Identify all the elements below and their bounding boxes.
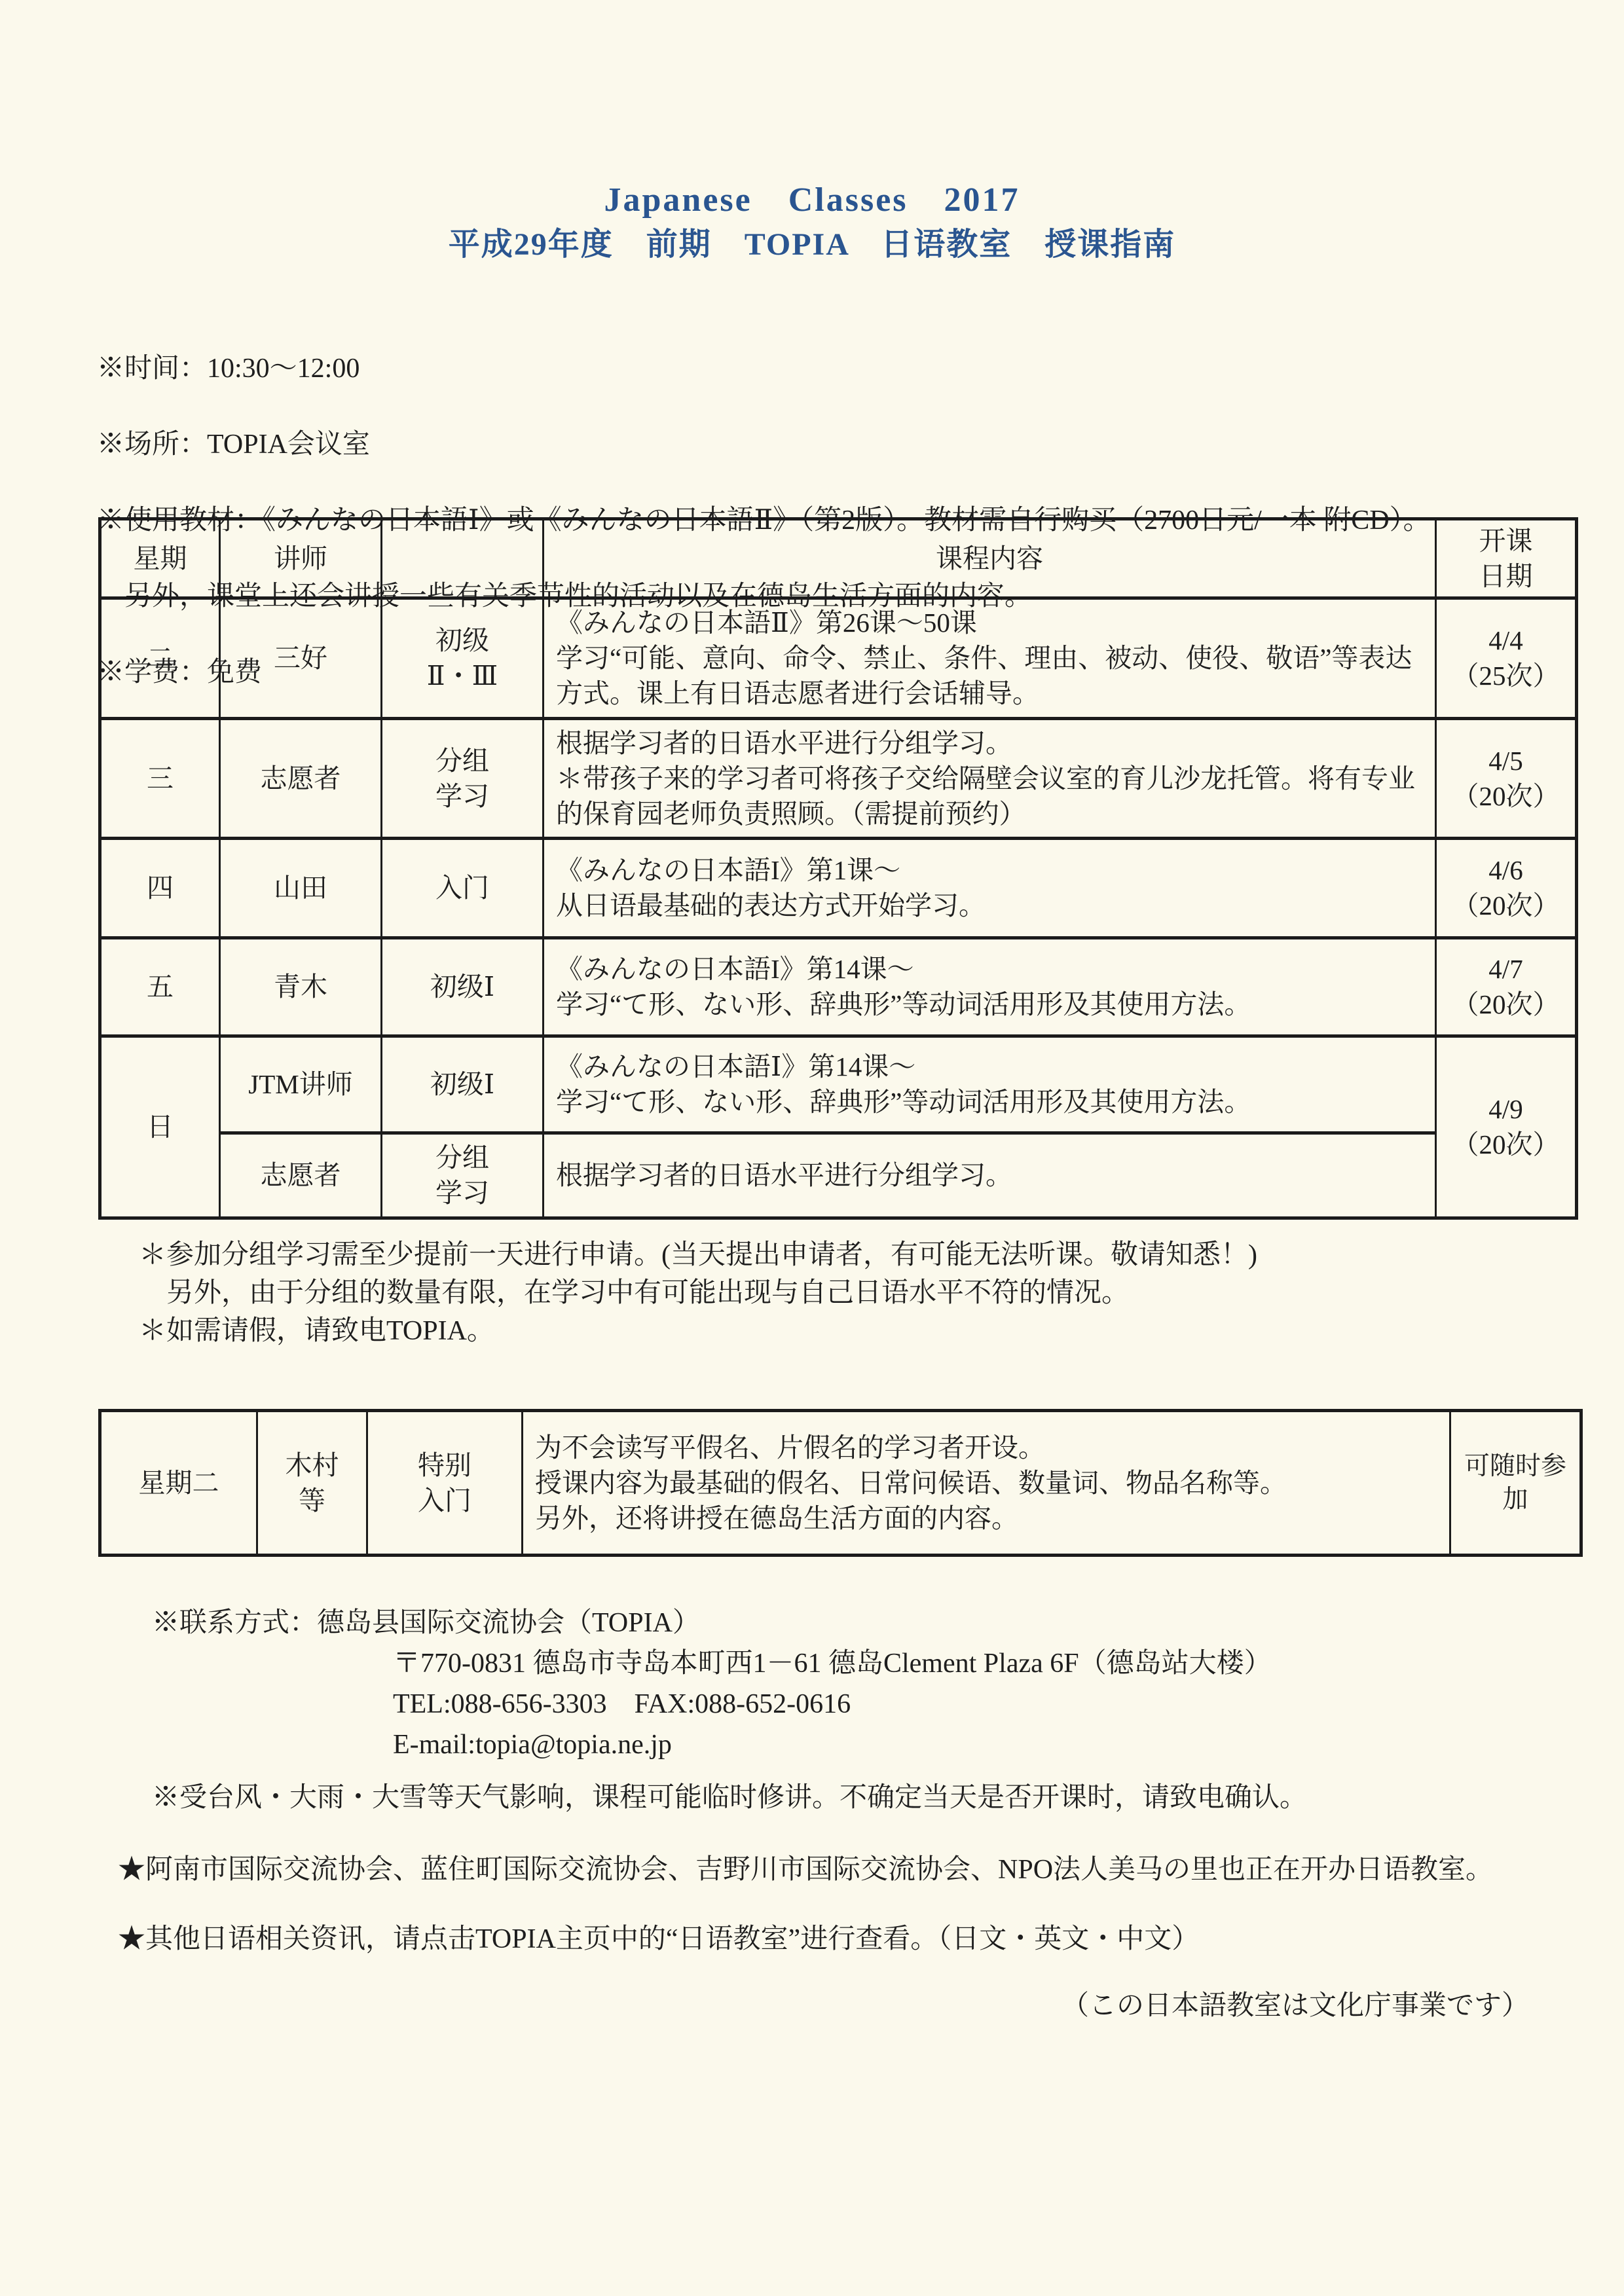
intro-time: ※时间：10:30～12:00 bbox=[97, 350, 1583, 388]
cell-teacher: 三好 bbox=[220, 598, 382, 718]
cell-content: 《みんなの日本語I》第1课〜 从日语最基础的表达方式开始学习。 bbox=[544, 838, 1436, 938]
cell-level: 入门 bbox=[382, 838, 544, 938]
cell-day: 四 bbox=[100, 838, 220, 938]
cell-content: 《みんなの日本語Ⅰ》第14课〜 学习“て形、ない形、辞典形”等动词活用形及其使用… bbox=[544, 1036, 1436, 1133]
cell-start-date: 4/7 （20次） bbox=[1436, 938, 1577, 1036]
cell-start-date: 4/9 （20次） bbox=[1436, 1036, 1577, 1218]
cell-teacher: 青木 bbox=[220, 938, 382, 1036]
cell-teacher: 山田 bbox=[220, 838, 382, 938]
cell-level: 初级Ⅰ bbox=[382, 1036, 544, 1133]
schedule-header-row: 星期 讲师 课程内容 开课 日期 bbox=[100, 519, 1577, 598]
website-info-note: ★其他日语相关资讯，请点击TOPIA主页中的“日语教室”进行查看。（日文・英文・… bbox=[118, 1917, 1598, 1956]
cell-level: 分组 学习 bbox=[382, 718, 544, 838]
cell-day: 日 bbox=[100, 1036, 220, 1218]
schedule-row-wednesday: 三 志愿者 分组 学习 根据学习者的日语水平进行分组学习。 ＊带孩子来的学习者可… bbox=[100, 718, 1577, 838]
cell-start-date: 4/4 （25次） bbox=[1436, 598, 1577, 718]
cell-content: 为不会读写平假名、片假名的学习者开设。 授课内容为最基础的假名、日常问候语、数量… bbox=[523, 1411, 1450, 1556]
cell-level: 分组 学习 bbox=[382, 1133, 544, 1218]
page-title-english: Japanese Classes 2017 bbox=[0, 172, 1624, 221]
cell-content: 根据学习者的日语水平进行分组学习。 ＊带孩子来的学习者可将孩子交给隔壁会议室的育… bbox=[544, 718, 1436, 838]
schedule-table: 星期 讲师 课程内容 开课 日期 二 三好 初级 Ⅱ・Ⅲ 《みんなの日本語Ⅱ》第… bbox=[98, 517, 1578, 1220]
cell-content: 《みんなの日本語I》第14课〜 学习“て形、ない形、辞典形”等动词活用形及其使用… bbox=[544, 938, 1436, 1036]
note-limit: 另外，由于分组的数量有限，在学习中有可能出现与自己日语水平不符的情况。 bbox=[139, 1274, 1514, 1312]
header-content: 课程内容 bbox=[544, 519, 1436, 598]
cell-teacher: JTM讲师 bbox=[220, 1036, 382, 1133]
cell-content: 根据学习者的日语水平进行分组学习。 bbox=[544, 1133, 1436, 1218]
schedule-row-tuesday: 二 三好 初级 Ⅱ・Ⅲ 《みんなの日本語Ⅱ》第26课〜50课 学习“可能、意向、… bbox=[100, 598, 1577, 718]
header-teacher: 讲师 bbox=[220, 519, 382, 598]
contact-address: 〒770-0831 德岛市寺岛本町西1－61 德岛Clement Plaza 6… bbox=[393, 1643, 1527, 1684]
weather-cancellation-note: ※受台风・大雨・大雪等天气影响，课程可能临时修讲。不确定当天是否开课时，请致电确… bbox=[152, 1776, 1593, 1815]
note-absence: ＊如需请假，请致电TOPIA。 bbox=[139, 1312, 1514, 1350]
schedule-row-friday: 五 青木 初级Ⅰ 《みんなの日本語I》第14课〜 学习“て形、ない形、辞典形”等… bbox=[100, 938, 1577, 1036]
cell-day: 二 bbox=[100, 598, 220, 718]
cell-content: 《みんなの日本語Ⅱ》第26课〜50课 学习“可能、意向、命令、禁止、条件、理由、… bbox=[544, 598, 1436, 718]
header-level bbox=[382, 519, 544, 598]
cell-day: 三 bbox=[100, 718, 220, 838]
cell-teacher: 志愿者 bbox=[220, 718, 382, 838]
agency-program-note: （この日本語教室は文化庁事業です） bbox=[1061, 1984, 1529, 2023]
cell-level: 初级Ⅰ bbox=[382, 938, 544, 1036]
special-class-row: 星期二 木村 等 特别 入门 为不会读写平假名、片假名的学习者开设。 授课内容为… bbox=[100, 1411, 1581, 1556]
intro-place: ※场所：TOPIA会议室 bbox=[97, 426, 1583, 464]
cell-day: 五 bbox=[100, 938, 220, 1036]
cell-start-date: 4/6 （20次） bbox=[1436, 838, 1577, 938]
contact-email: E-mail:topia@topia.ne.jp bbox=[393, 1724, 1527, 1765]
cell-teacher: 志愿者 bbox=[220, 1133, 382, 1218]
cell-level: 初级 Ⅱ・Ⅲ bbox=[382, 598, 544, 718]
contact-tel-fax: TEL:088-656-3303 FAX:088-652-0616 bbox=[393, 1684, 1527, 1724]
note-apply: ＊参加分组学习需至少提前一天进行申请。(当天提出申请者，有可能无法听课。敬请知悉… bbox=[139, 1236, 1514, 1274]
cell-level: 特别 入门 bbox=[367, 1411, 523, 1556]
special-class-table: 星期二 木村 等 特别 入门 为不会读写平假名、片假名的学习者开设。 授课内容为… bbox=[98, 1409, 1583, 1557]
header-start-date: 开课 日期 bbox=[1436, 519, 1577, 598]
page-title-chinese: 平成29年度 前期 TOPIA 日语教室 授课指南 bbox=[0, 219, 1624, 264]
schedule-row-thursday: 四 山田 入门 《みんなの日本語I》第1课〜 从日语最基础的表达方式开始学习。 … bbox=[100, 838, 1577, 938]
cell-teacher: 木村 等 bbox=[257, 1411, 367, 1556]
group-study-notes: ＊参加分组学习需至少提前一天进行申请。(当天提出申请者，有可能无法听课。敬请知悉… bbox=[139, 1236, 1514, 1350]
schedule-row-sunday-1: 日 JTM讲师 初级Ⅰ 《みんなの日本語Ⅰ》第14课〜 学习“て形、ない形、辞典… bbox=[100, 1036, 1577, 1133]
document-page: Japanese Classes 2017 平成29年度 前期 TOPIA 日语… bbox=[0, 0, 1624, 2296]
cell-day: 星期二 bbox=[100, 1411, 257, 1556]
schedule-row-sunday-2: 志愿者 分组 学习 根据学习者的日语水平进行分组学习。 bbox=[100, 1133, 1577, 1218]
header-day: 星期 bbox=[100, 519, 220, 598]
other-organizations-note: ★阿南市国际交流协会、蓝住町国际交流协会、吉野川市国际交流协会、NPO法人美马の… bbox=[118, 1848, 1598, 1887]
contact-section: ※联系方式：德岛县国际交流协会（TOPIA） 〒770-0831 德岛市寺岛本町… bbox=[152, 1603, 1527, 1765]
cell-join-anytime: 可随时参加 bbox=[1450, 1411, 1581, 1556]
cell-start-date: 4/5 （20次） bbox=[1436, 718, 1577, 838]
contact-heading: ※联系方式：德岛县国际交流协会（TOPIA） bbox=[152, 1603, 1527, 1643]
